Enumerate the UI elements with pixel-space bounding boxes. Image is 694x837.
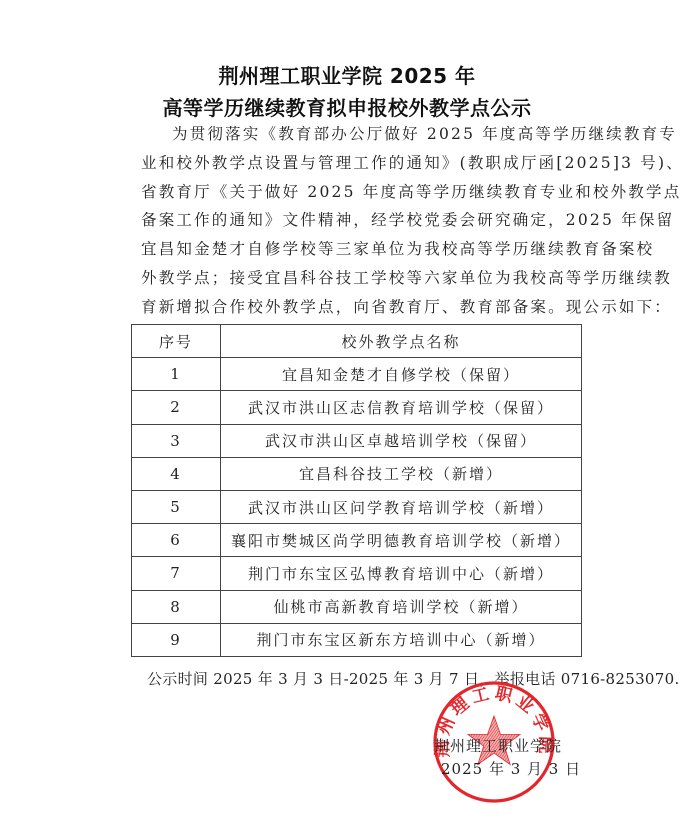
header-serial-number: 序号 — [132, 325, 221, 358]
body-line: 外教学点；接受宜昌科谷技工学校等六家单位为我校高等学历继续教 — [141, 264, 581, 293]
row-number: 1 — [132, 358, 221, 391]
row-site-name: 宜昌知金楚才自修学校（保留） — [221, 358, 582, 391]
table-row: 5 武汉市洪山区问学教育培训学校（新增） — [132, 490, 582, 523]
row-number: 7 — [132, 557, 221, 590]
row-site-name: 襄阳市樊城区尚学明德教育培训学校（新增） — [221, 524, 582, 557]
row-site-name: 武汉市洪山区问学教育培训学校（新增） — [221, 490, 582, 523]
row-site-name: 仙桃市高新教育培训学校（新增） — [221, 590, 582, 623]
teaching-sites-table: 序号 校外教学点名称 1 宜昌知金楚才自修学校（保留） 2 武汉市洪山区志信教育… — [131, 324, 582, 657]
publicity-period-and-hotline: 公示时间 2025 年 3 月 3 日-2025 年 3 月 7 日，举报电话 … — [147, 668, 680, 689]
table-row: 1 宜昌知金楚才自修学校（保留） — [132, 358, 582, 391]
row-number: 3 — [132, 424, 221, 457]
notice-body: 为贯彻落实《教育部办公厅做好 2025 年度高等学历继续教育专 业和校外教学点设… — [141, 120, 581, 322]
table-row: 9 荆门市东宝区新东方培训中心（新增） — [132, 623, 582, 656]
signature-organization: 荆州理工职业学院 — [434, 735, 562, 756]
document-title-line-2: 高等学历继续教育拟申报校外教学点公示 — [0, 92, 694, 121]
body-line: 备案工作的通知》文件精神，经学校党委会研究确定，2025 年保留 — [141, 206, 581, 235]
body-line: 业和校外教学点设置与管理工作的通知》(教职成厅函[2025]3 号)、 — [141, 149, 581, 178]
signature-date: 2025 年 3 月 3 日 — [441, 758, 581, 779]
table-row: 8 仙桃市高新教育培训学校（新增） — [132, 590, 582, 623]
row-number: 5 — [132, 490, 221, 523]
row-site-name: 武汉市洪山区卓越培训学校（保留） — [221, 424, 582, 457]
body-line: 宜昌知金楚才自修学校等三家单位为我校高等学历继续教育备案校 — [141, 235, 581, 264]
row-site-name: 宜昌科谷技工学校（新增） — [221, 457, 582, 490]
table-row: 6 襄阳市樊城区尚学明德教育培训学校（新增） — [132, 524, 582, 557]
row-number: 9 — [132, 623, 221, 656]
body-line: 省教育厅《关于做好 2025 年度高等学历继续教育专业和校外教学点 — [141, 178, 581, 207]
body-line: 育新增拟合作校外教学点，向省教育厅、教育部备案。现公示如下： — [141, 293, 581, 322]
row-number: 8 — [132, 590, 221, 623]
table-row: 2 武汉市洪山区志信教育培训学校（保留） — [132, 391, 582, 424]
table-row: 4 宜昌科谷技工学校（新增） — [132, 457, 582, 490]
row-site-name: 荆门市东宝区弘博教育培训中心（新增） — [221, 557, 582, 590]
document-title-line-1: 荆州理工职业学院 2025 年 — [0, 60, 694, 89]
header-site-name: 校外教学点名称 — [221, 325, 582, 358]
table-row: 7 荆门市东宝区弘博教育培训中心（新增） — [132, 557, 582, 590]
row-number: 2 — [132, 391, 221, 424]
table-row: 3 武汉市洪山区卓越培训学校（保留） — [132, 424, 582, 457]
body-line: 为贯彻落实《教育部办公厅做好 2025 年度高等学历继续教育专 — [141, 120, 581, 149]
row-site-name: 荆门市东宝区新东方培训中心（新增） — [221, 623, 582, 656]
row-number: 6 — [132, 524, 221, 557]
table-header-row: 序号 校外教学点名称 — [132, 325, 582, 358]
row-site-name: 武汉市洪山区志信教育培训学校（保留） — [221, 391, 582, 424]
row-number: 4 — [132, 457, 221, 490]
